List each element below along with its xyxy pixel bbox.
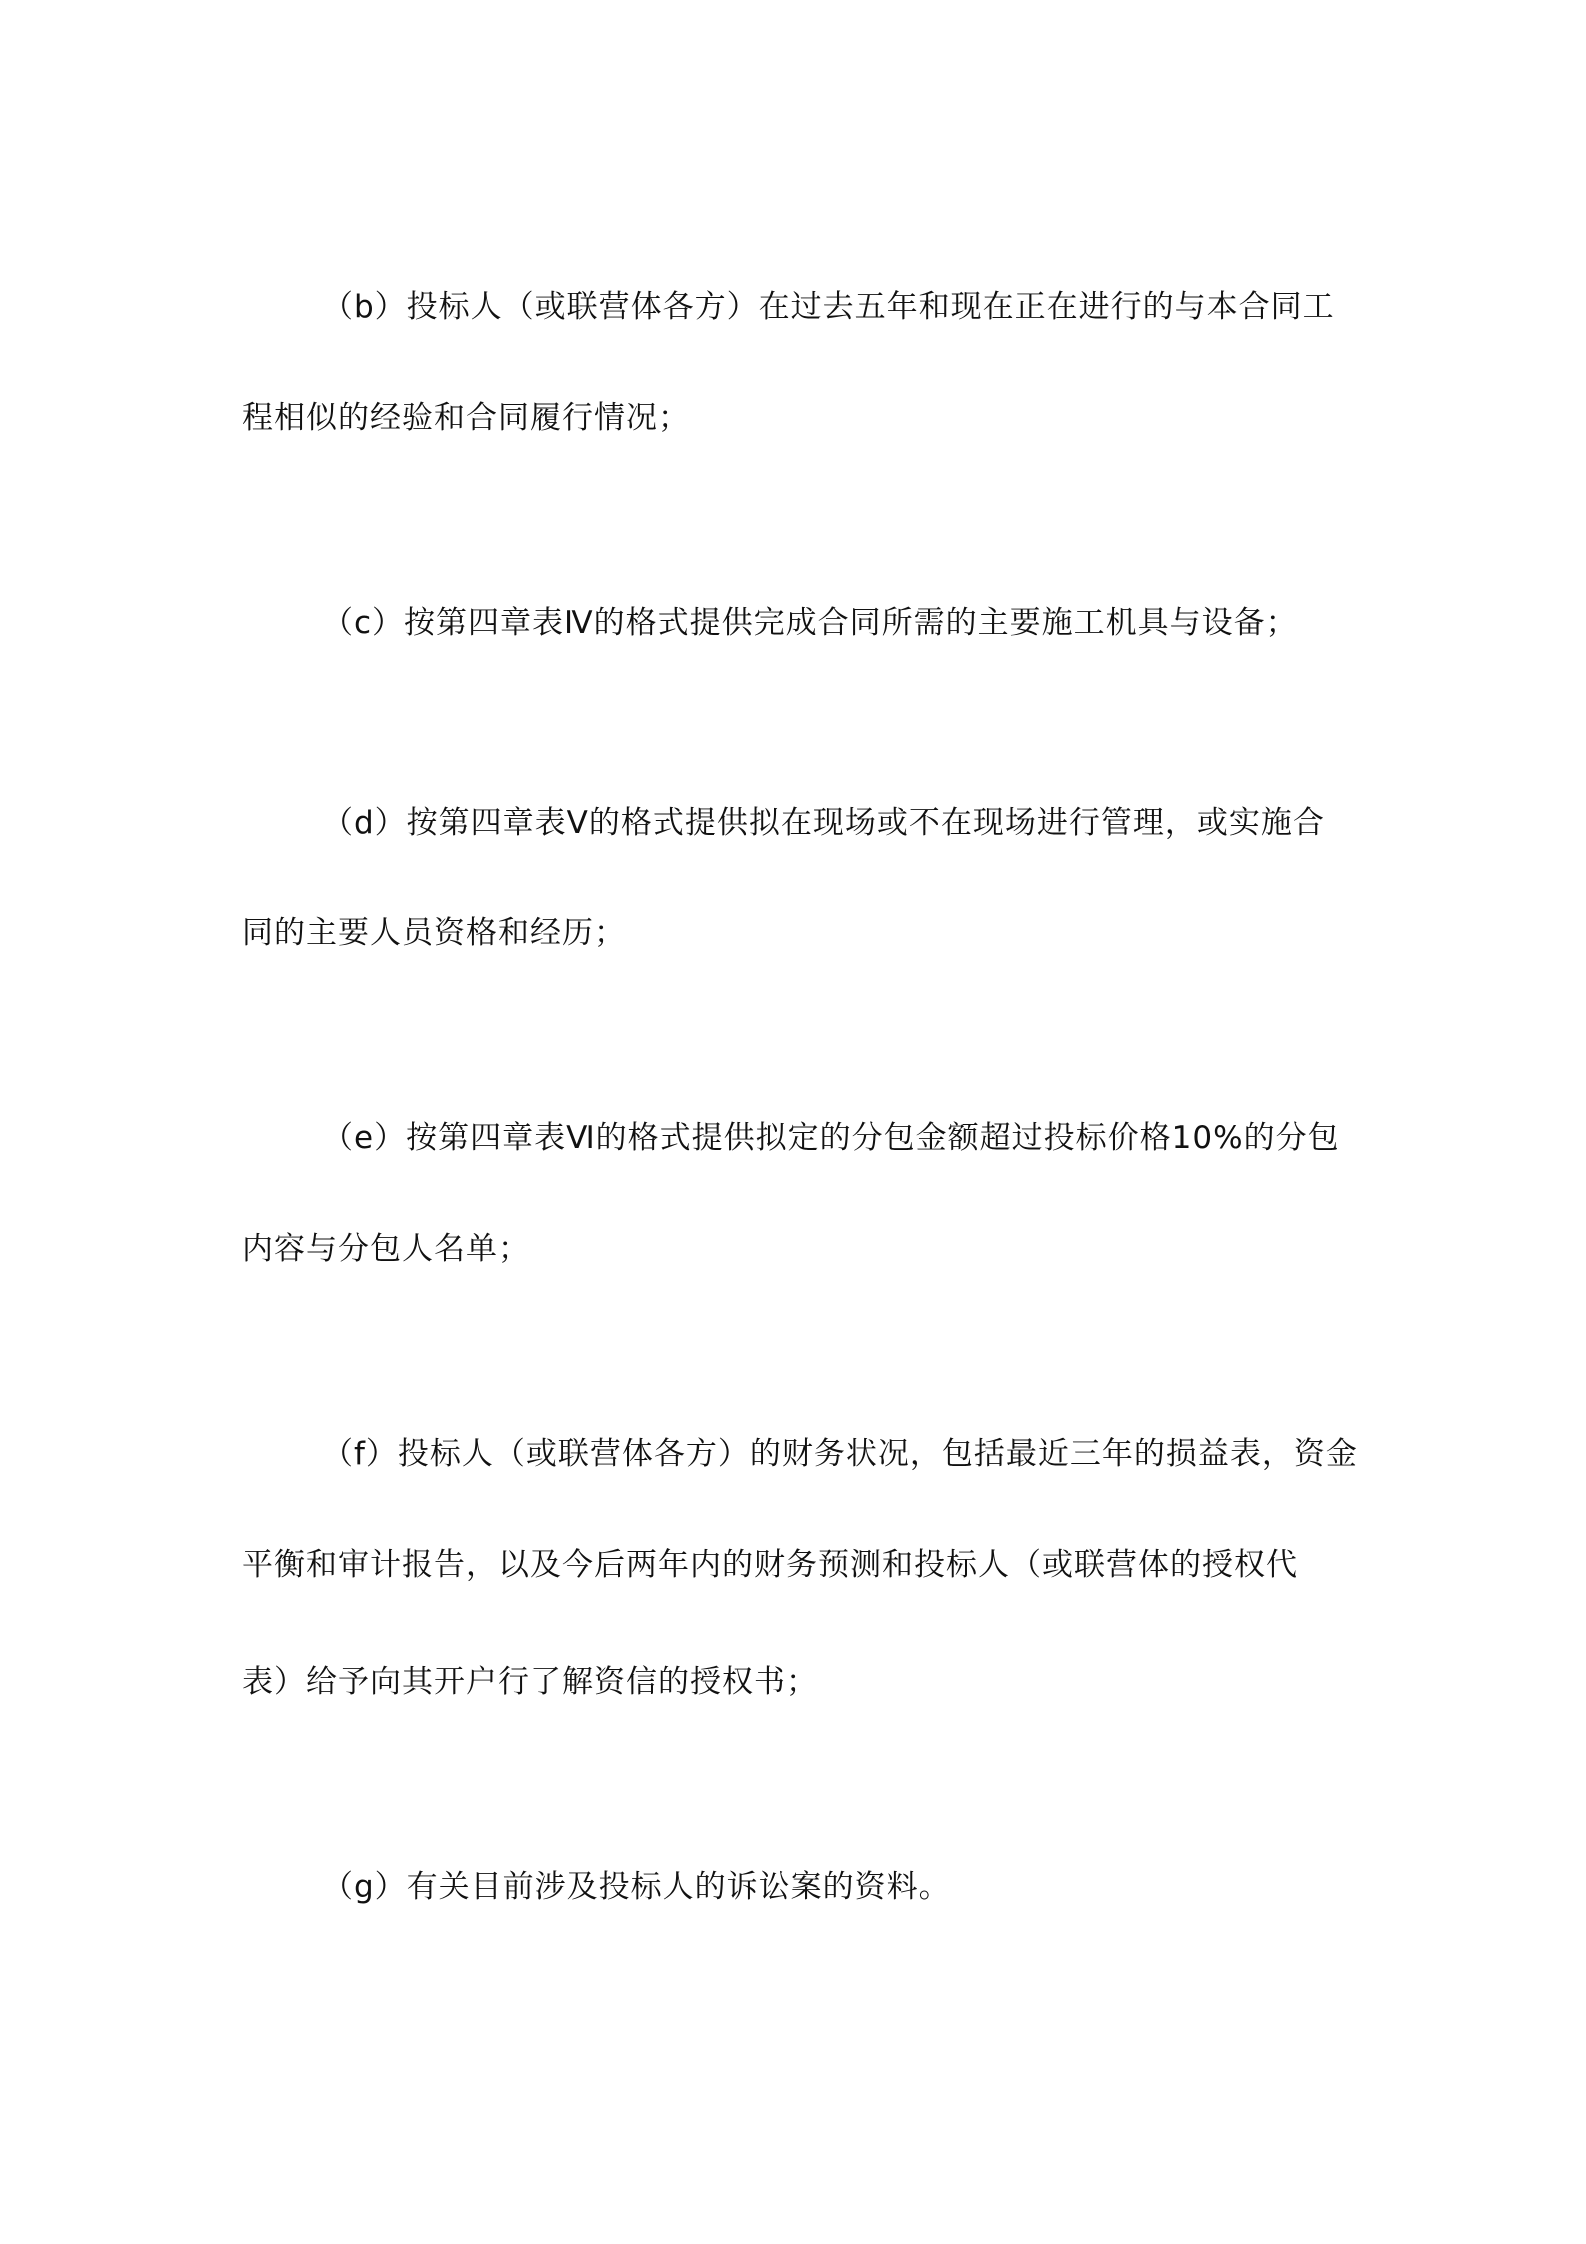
paragraph-line: （d）按第四章表Ⅴ的格式提供拟在现场或不在现场进行管理，或实施合: [322, 803, 1325, 843]
paragraph-line: 平衡和审计报告，以及今后两年内的财务预测和投标人（或联营体的授权代: [242, 1545, 1298, 1585]
paragraph-line: （b）投标人（或联营体各方）在过去五年和现在正在进行的与本合同工: [322, 287, 1335, 327]
paragraph-line: 同的主要人员资格和经历；: [242, 913, 626, 953]
paragraph-line: （g）有关目前涉及投标人的诉讼案的资料。: [322, 1867, 951, 1907]
paragraph-line: （c）按第四章表Ⅳ的格式提供完成合同所需的主要施工机具与设备；: [322, 603, 1298, 643]
paragraph-line: （f）投标人（或联营体各方）的财务状况，包括最近三年的损益表，资金: [322, 1434, 1358, 1474]
paragraph-line: 表）给予向其开户行了解资信的授权书；: [242, 1662, 818, 1702]
paragraph-line: 程相似的经验和合同履行情况；: [242, 398, 690, 438]
paragraph-line: 内容与分包人名单；: [242, 1229, 530, 1269]
paragraph-line: （e）按第四章表Ⅵ的格式提供拟定的分包金额超过投标价格10%的分包: [322, 1118, 1340, 1158]
